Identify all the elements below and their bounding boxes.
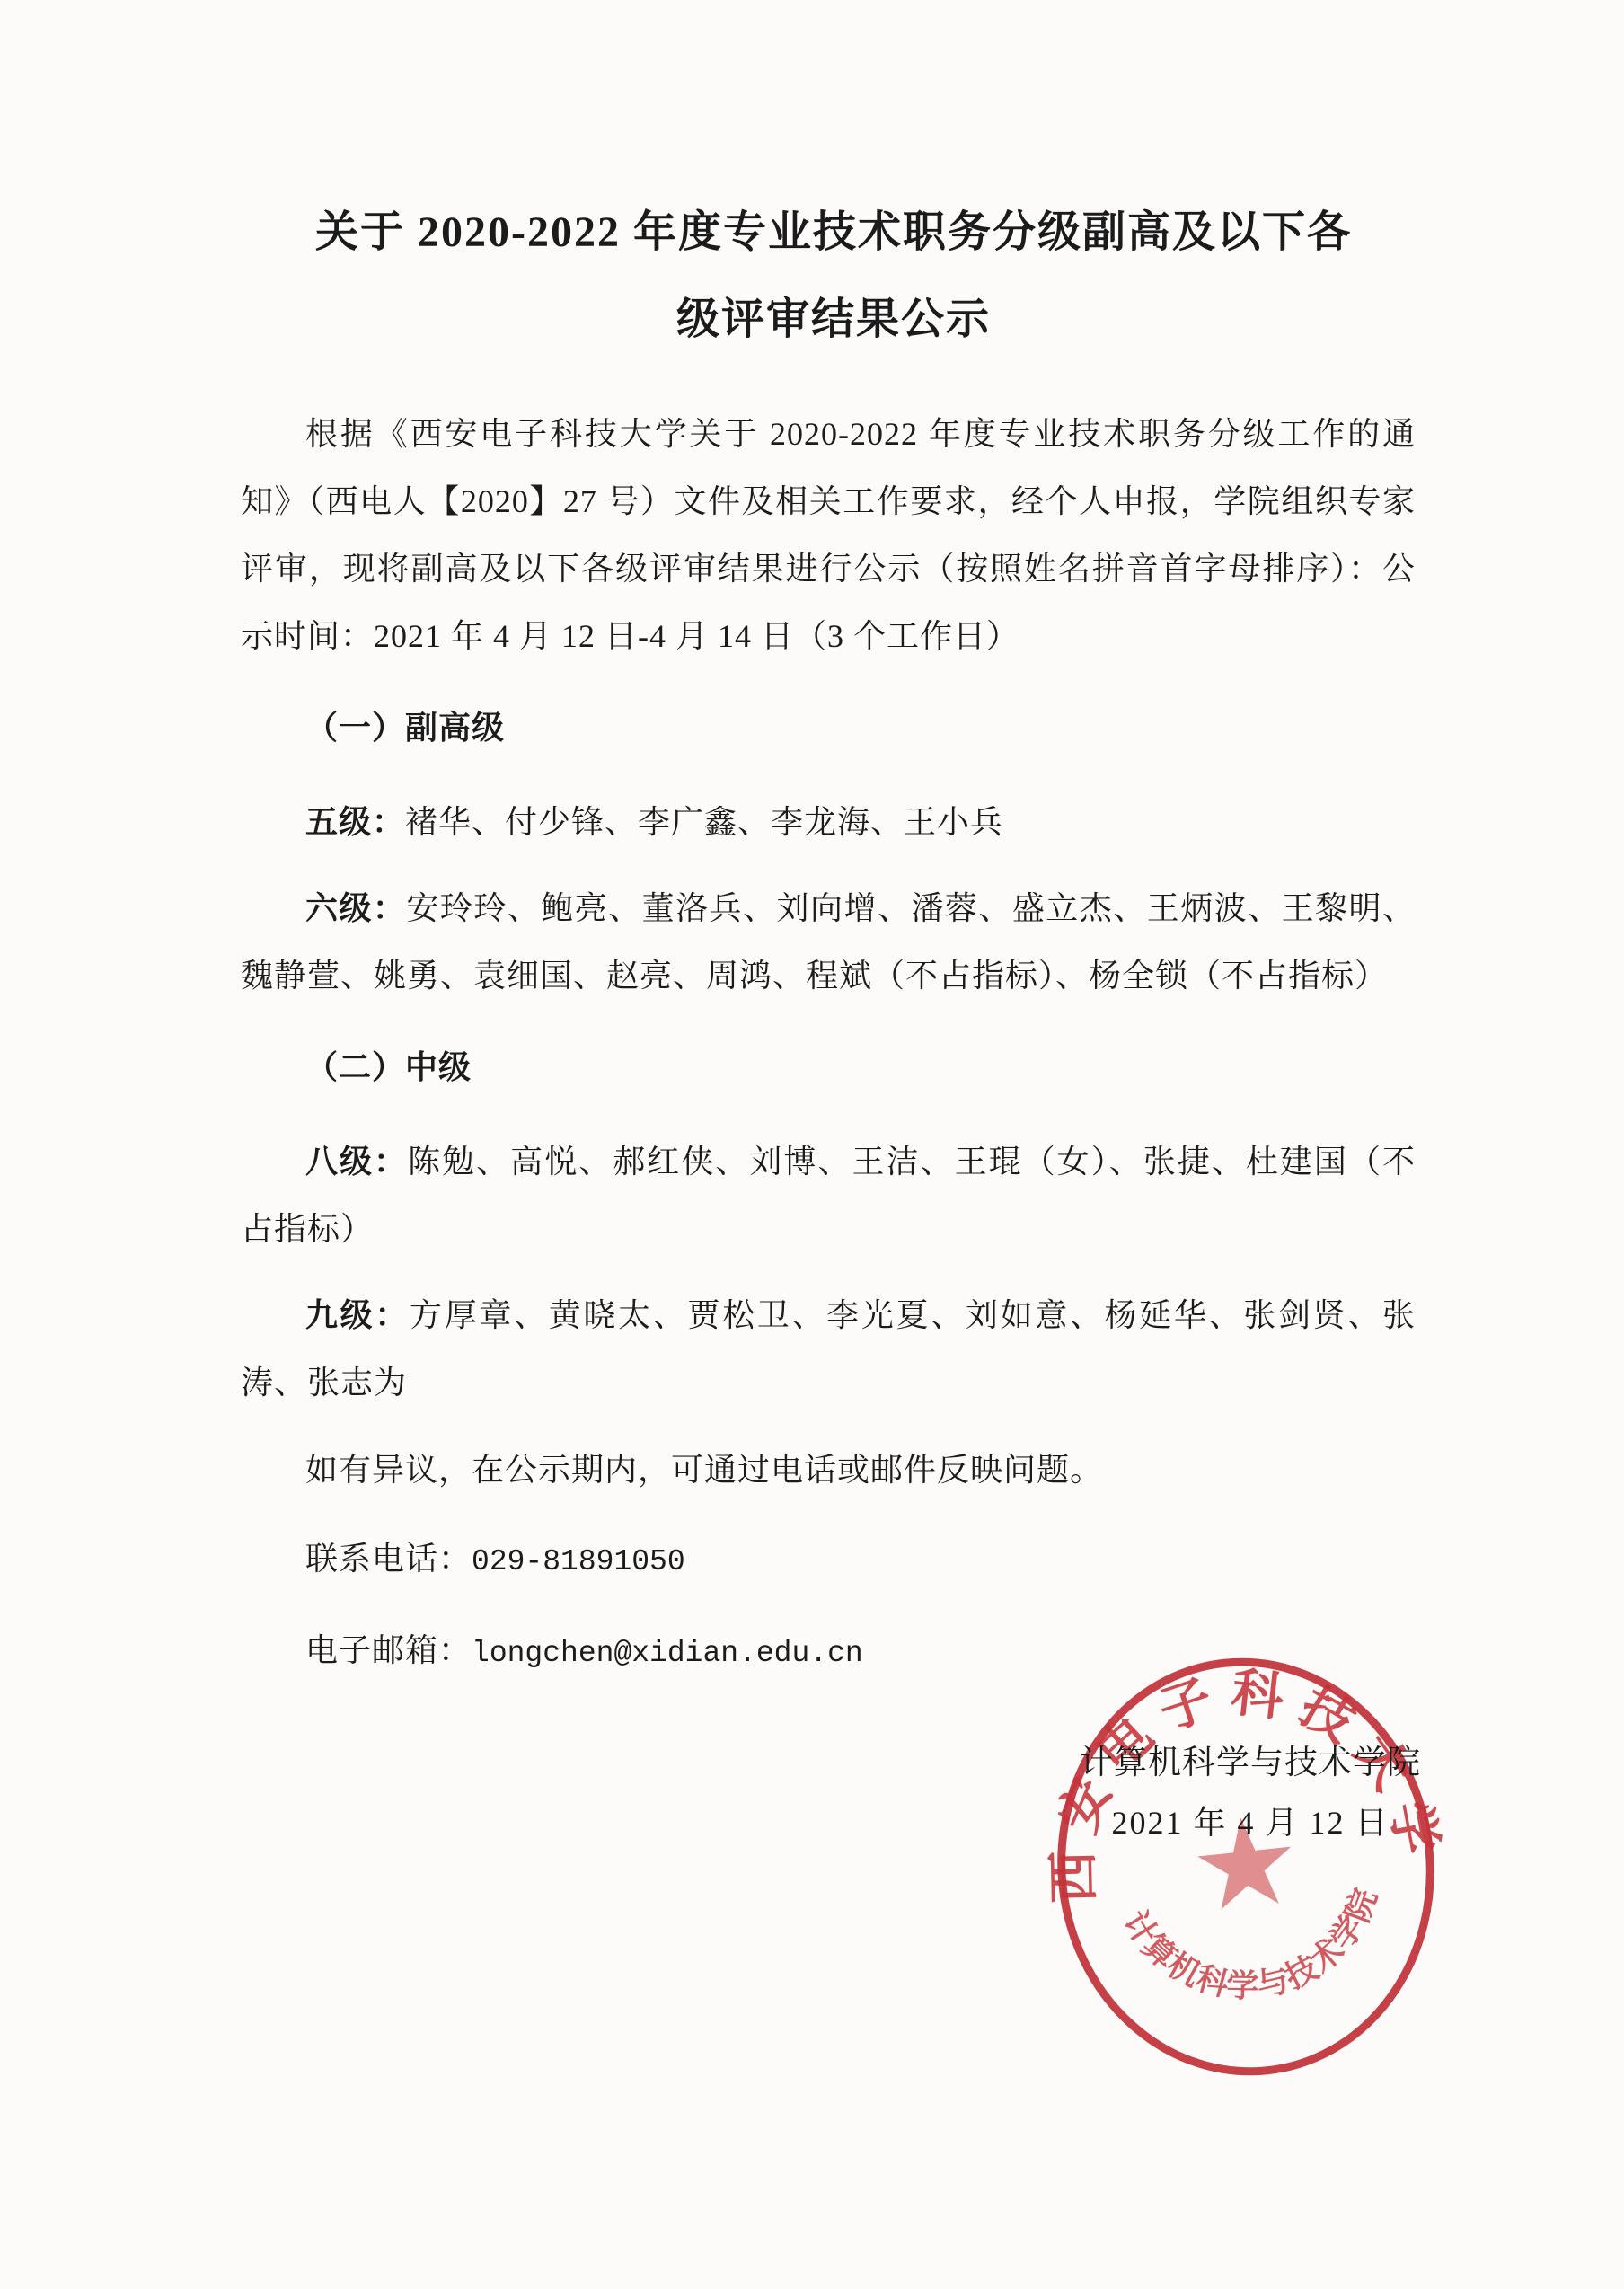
- section-heading-intermediate: （二）中级: [241, 1033, 1416, 1100]
- contact-phone-row: 联系电话：029-81891050: [241, 1525, 1416, 1595]
- intro-paragraph: 根据《西安电子科技大学关于 2020-2022 年度专业技术职务分级工作的通知》…: [241, 401, 1416, 670]
- document-page: 关于 2020-2022 年度专业技术职务分级副高及以下各 级评审结果公示 根据…: [0, 0, 1624, 2289]
- contact-email-value: longchen@xidian.edu.cn: [472, 1637, 863, 1670]
- page-title-line-1: 关于 2020-2022 年度专业技术职务分级副高及以下各: [241, 189, 1426, 276]
- contact-email-row: 电子邮箱：longchen@xidian.edu.cn: [241, 1617, 1416, 1687]
- contact-email-label: 电子邮箱：: [305, 1632, 472, 1668]
- level-names-grade5: 褚华、付少锋、李广鑫、李龙海、王小兵: [405, 804, 1003, 840]
- contact-phone-value: 029-81891050: [472, 1545, 685, 1578]
- level-row-grade6: 六级：安玲玲、鲍亮、董洛兵、刘向增、潘蓉、盛立杰、王炳波、王黎明、魏静萱、姚勇、…: [241, 874, 1416, 1010]
- stamp-inner-text: 计算机科学与技术学院: [1115, 1880, 1394, 2019]
- level-names-grade9: 方厚章、黄晓太、贾松卫、李光夏、刘如意、杨延华、张剑贤、张涛、张志为: [241, 1297, 1416, 1401]
- level-label-grade6: 六级：: [305, 889, 406, 926]
- level-label-grade5: 五级：: [305, 803, 405, 840]
- level-names-grade6: 安玲玲、鲍亮、董洛兵、刘向增、潘蓉、盛立杰、王炳波、王黎明、魏静萱、姚勇、袁细国…: [241, 890, 1416, 994]
- signature-org: 计算机科学与技术学院: [1080, 1734, 1421, 1793]
- page-title: 关于 2020-2022 年度专业技术职务分级副高及以下各 级评审结果公示: [241, 189, 1426, 363]
- level-names-grade8: 陈勉、高悦、郝红侠、刘博、王洁、王琨（女）、张捷、杜建国（不占指标）: [241, 1144, 1416, 1247]
- page-title-line-2: 级评审结果公示: [241, 276, 1426, 363]
- document-content: 关于 2020-2022 年度专业技术职务分级副高及以下各 级评审结果公示 根据…: [0, 0, 1624, 1852]
- objection-note: 如有异议，在公示期内，可通过电话或邮件反映问题。: [241, 1436, 1416, 1504]
- level-row-grade8: 八级：陈勉、高悦、郝红侠、刘博、王洁、王琨（女）、张捷、杜建国（不占指标）: [241, 1127, 1416, 1263]
- stamp-inner-text-holder: 计算机科学与技术学院: [1115, 1880, 1394, 2019]
- level-row-grade5: 五级：褚华、付少锋、李广鑫、李龙海、王小兵: [241, 788, 1416, 856]
- signature-inner: 计算机科学与技术学院 2021 年 4 月 12 日: [1080, 1734, 1421, 1852]
- level-row-grade9: 九级：方厚章、黄晓太、贾松卫、李光夏、刘如意、杨延华、张剑贤、张涛、张志为: [241, 1281, 1416, 1417]
- signature-date: 2021 年 4 月 12 日: [1080, 1793, 1421, 1852]
- contact-phone-label: 联系电话：: [305, 1541, 472, 1577]
- signature-block: 计算机科学与技术学院 2021 年 4 月 12 日: [241, 1734, 1416, 1852]
- level-label-grade9: 九级：: [305, 1296, 410, 1333]
- section-heading-deputy-senior: （一）副高级: [241, 694, 1416, 761]
- level-label-grade8: 八级：: [305, 1143, 408, 1180]
